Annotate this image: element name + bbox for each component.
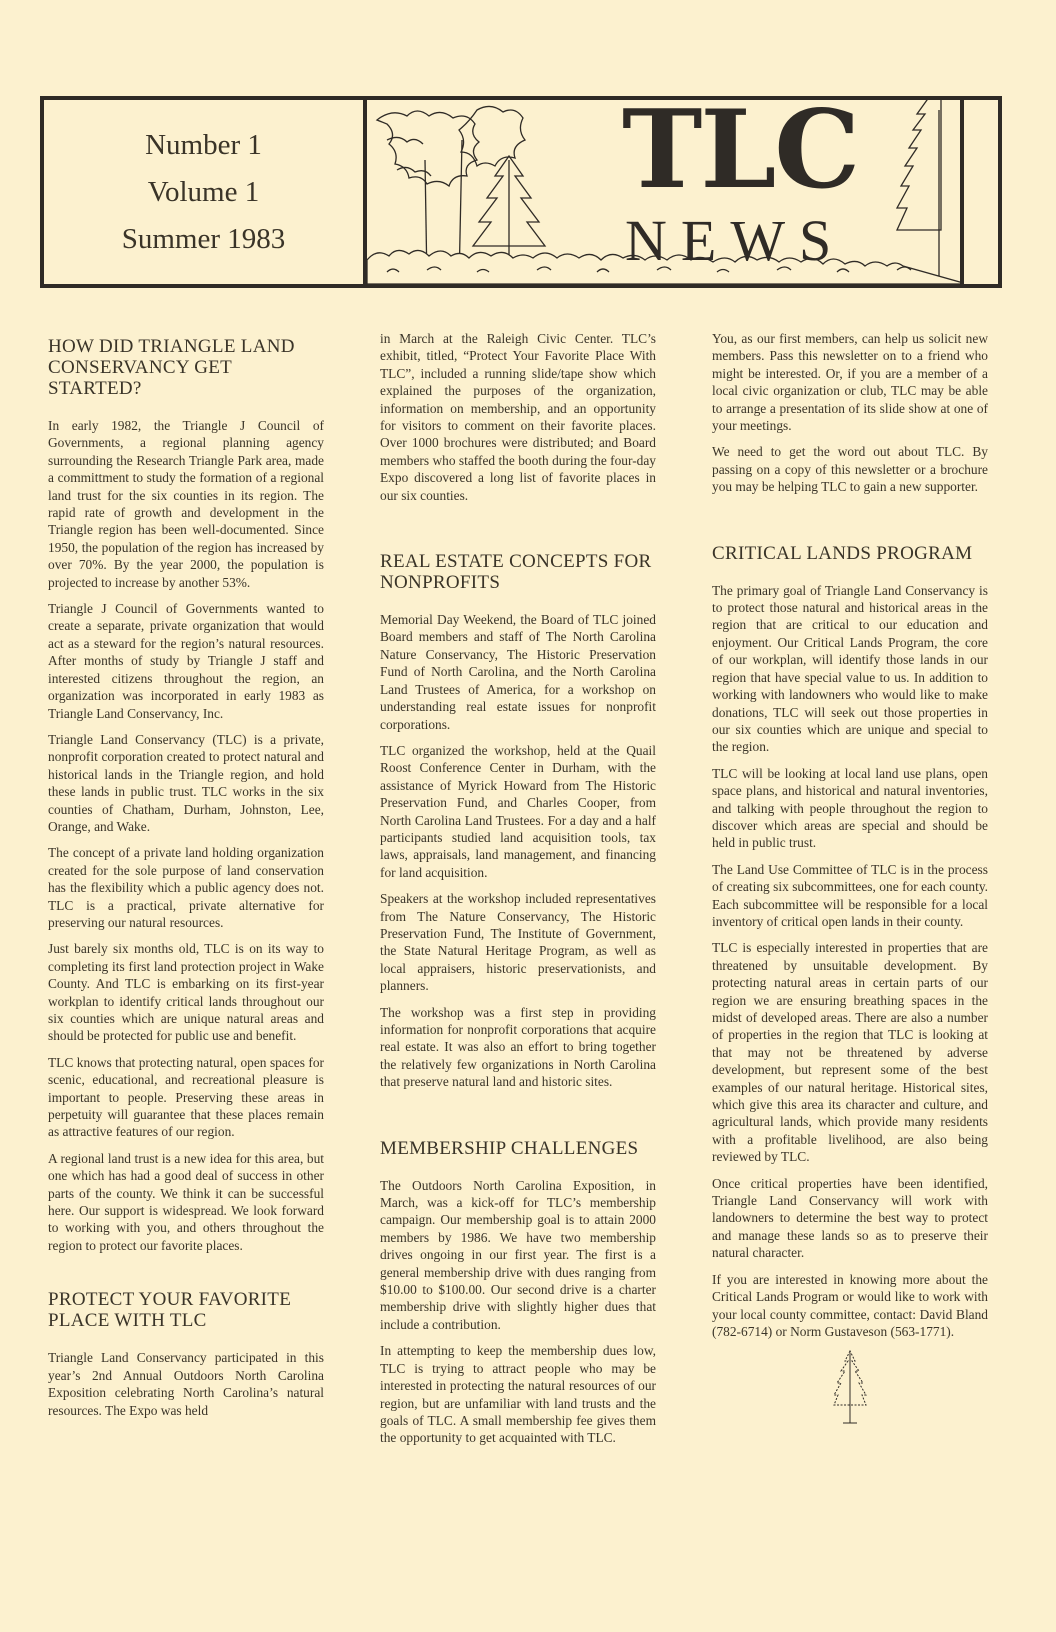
article-paragraph: Just barely six months old, TLC is on it… <box>48 940 324 1044</box>
article-paragraph: Once critical properties have been ident… <box>712 1175 988 1262</box>
article-heading: MEMBERSHIP CHALLENGES <box>380 1138 656 1159</box>
article-paragraph: You, as our first members, can help us s… <box>712 330 988 434</box>
title-tlc: TLC <box>622 100 858 204</box>
article-paragraph: The workshop was a first step in providi… <box>380 1004 656 1091</box>
article-paragraph: We need to get the word out about TLC. B… <box>712 443 988 495</box>
issue-season: Summer 1983 <box>122 223 286 256</box>
issue-info: Number 1 Volume 1 Summer 1983 <box>44 100 367 284</box>
title-news: NEWS <box>625 212 845 270</box>
article-paragraph: Speakers at the workshop included repres… <box>380 890 656 994</box>
spacer <box>48 1263 324 1289</box>
column-1: HOW DID TRIANGLE LAND CONSERVANCY GET ST… <box>48 336 324 1428</box>
masthead: Number 1 Volume 1 Summer 1983 <box>40 96 1002 288</box>
article-heading: HOW DID TRIANGLE LAND CONSERVANCY GET ST… <box>48 336 324 399</box>
article-paragraph: The primary goal of Triangle Land Conser… <box>712 582 988 756</box>
article-heading: CRITICAL LANDS PROGRAM <box>712 543 988 564</box>
article-paragraph: Triangle Land Conservancy participated i… <box>48 1349 324 1419</box>
article-paragraph: If you are interested in knowing more ab… <box>712 1271 988 1341</box>
column-3: You, as our first members, can help us s… <box>712 330 988 1425</box>
article-paragraph: Triangle J Council of Governments wanted… <box>48 600 324 722</box>
article-heading: PROTECT YOUR FAVORITE PLACE WITH TLC <box>48 1289 324 1331</box>
article-paragraph: The Outdoors North Carolina Exposition, … <box>380 1177 656 1334</box>
newsletter-banner: TLC NEWS <box>367 100 964 284</box>
article-paragraph: In attempting to keep the membership due… <box>380 1342 656 1446</box>
masthead-right-strip <box>964 100 998 284</box>
pine-tree-icon <box>833 1349 867 1425</box>
issue-number: Number 1 <box>145 129 262 162</box>
article-paragraph: Triangle Land Conservancy (TLC) is a pri… <box>48 731 324 835</box>
article-paragraph: TLC is especially interested in properti… <box>712 939 988 1165</box>
article-paragraph: The concept of a private land holding or… <box>48 844 324 931</box>
article-paragraph: In early 1982, the Triangle J Council of… <box>48 417 324 591</box>
article-paragraph: A regional land trust is a new idea for … <box>48 1150 324 1254</box>
article-paragraph: in March at the Raleigh Civic Center. TL… <box>380 330 656 504</box>
article-heading: REAL ESTATE CONCEPTS FOR NONPROFITS <box>380 551 656 593</box>
article-paragraph: TLC will be looking at local land use pl… <box>712 765 988 852</box>
spacer <box>380 1100 656 1138</box>
article-paragraph: TLC knows that protecting natural, open … <box>48 1054 324 1141</box>
article-paragraph: Memorial Day Weekend, the Board of TLC j… <box>380 611 656 733</box>
column-2: in March at the Raleigh Civic Center. TL… <box>380 330 656 1456</box>
article-paragraph: The Land Use Committee of TLC is in the … <box>712 861 988 931</box>
article-paragraph: TLC organized the workshop, held at the … <box>380 742 656 881</box>
spacer <box>380 513 656 551</box>
issue-volume: Volume 1 <box>148 176 259 209</box>
spacer <box>712 505 988 543</box>
